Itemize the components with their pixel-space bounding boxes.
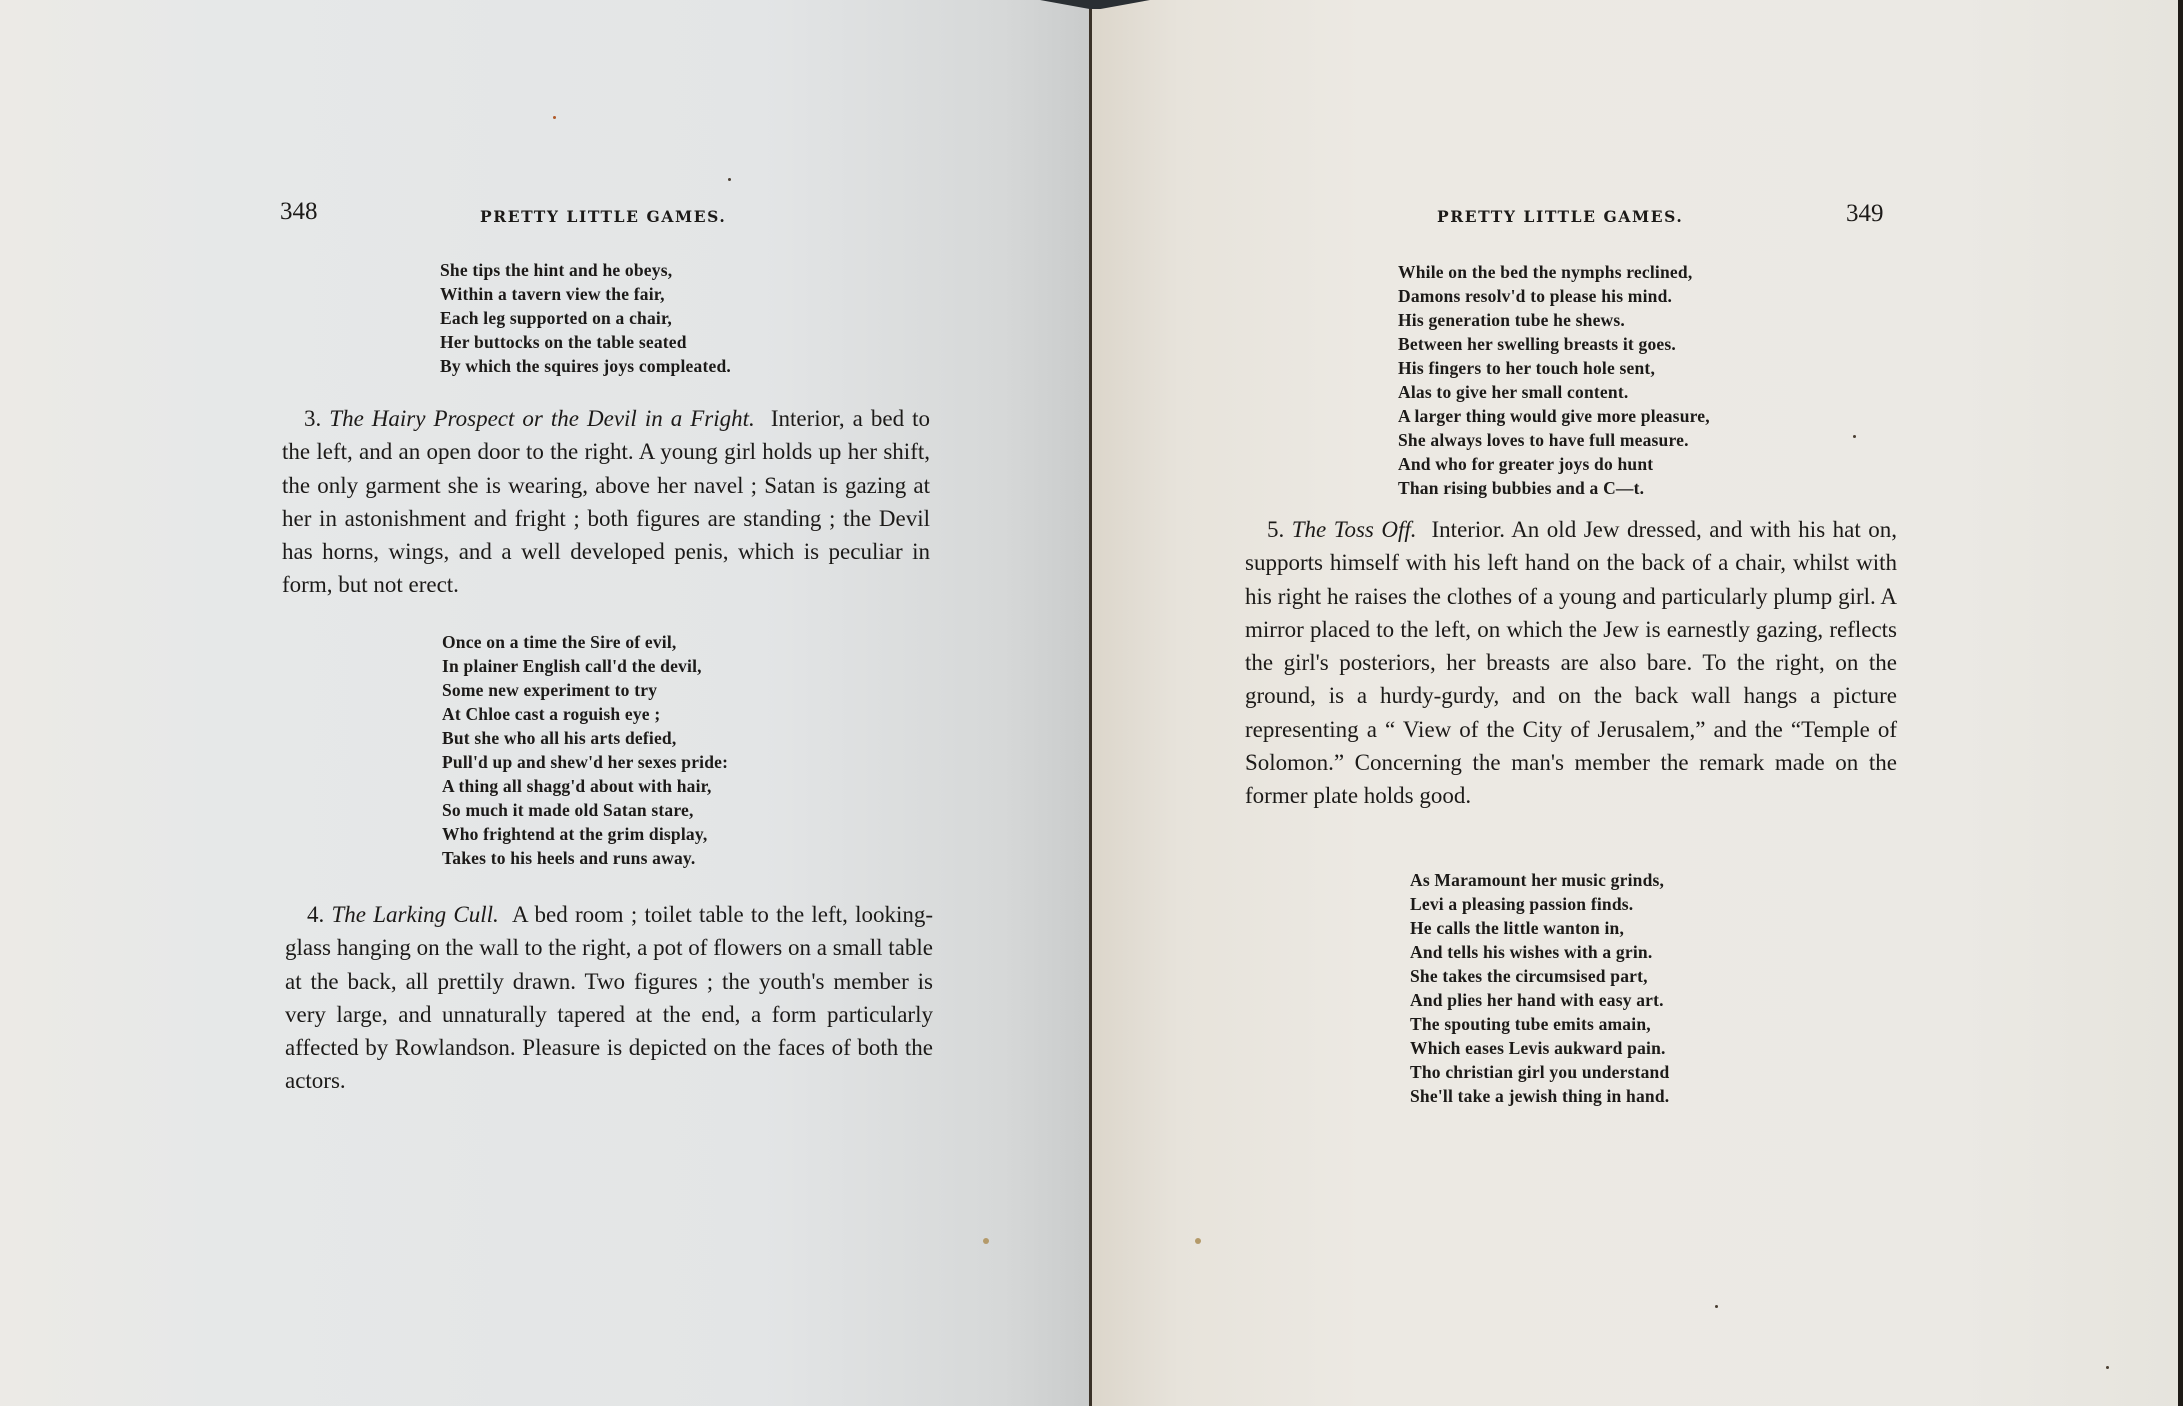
verse-line: Takes to his heels and runs away. (442, 846, 728, 870)
paper-speck (983, 1238, 989, 1244)
verse-line: But she who all his arts defied, (442, 726, 728, 750)
verse-line: Each leg supported on a chair, (440, 306, 731, 330)
verse-block-right-top: While on the bed the nymphs reclined, Da… (1398, 260, 1710, 500)
item-number: 5. (1267, 517, 1284, 542)
page-edge (2178, 0, 2183, 1406)
verse-line: Who frightend at the grim display, (442, 822, 728, 846)
verse-block-right-bottom: As Maramount her music grinds, Levi a pl… (1410, 868, 1669, 1108)
plate-description: A bed room ; toilet table to the left, l… (285, 902, 933, 1093)
verse-line: At Chloe cast a roguish eye ; (442, 702, 728, 726)
running-head-right: PRETTY LITTLE GAMES. (1437, 207, 1683, 226)
verse-line: Some new experiment to try (442, 678, 728, 702)
verse-line: She takes the circumsised part, (1410, 964, 1669, 988)
verse-line: Between her swelling breasts it goes. (1398, 332, 1710, 356)
verse-line: While on the bed the nymphs reclined, (1398, 260, 1710, 284)
verse-line: A thing all shagg'd about with hair, (442, 774, 728, 798)
verse-line: His generation tube he shews. (1398, 308, 1710, 332)
verse-line: She always loves to have full measure. (1398, 428, 1710, 452)
book-gutter (1089, 8, 1092, 1406)
page-number-right: 349 (1846, 200, 1884, 228)
plate-title: The Larking Cull. (332, 902, 499, 927)
paper-speck (1195, 1238, 1201, 1244)
running-head-left: PRETTY LITTLE GAMES. (480, 207, 726, 226)
verse-line: And plies her hand with easy art. (1410, 988, 1669, 1012)
paper-speck (2106, 1366, 2109, 1369)
item-5-paragraph: 5. The Toss Off. Interior. An old Jew dr… (1245, 513, 1897, 813)
verse-line: She tips the hint and he obeys, (440, 258, 731, 282)
verse-line: He calls the little wanton in, (1410, 916, 1669, 940)
plate-title: The Hairy Prospect or the Devil in a Fri… (329, 406, 755, 431)
verse-line: Than rising bubbies and a C—t. (1398, 476, 1710, 500)
plate-title: The Toss Off. (1292, 517, 1417, 542)
item-number: 4. (307, 902, 324, 927)
verse-line: And who for greater joys do hunt (1398, 452, 1710, 476)
verse-line: Within a tavern view the fair, (440, 282, 731, 306)
verse-line: And tells his wishes with a grin. (1410, 940, 1669, 964)
verse-line: So much it made old Satan stare, (442, 798, 728, 822)
verse-line: As Maramount her music grinds, (1410, 868, 1669, 892)
verse-block-left-top: She tips the hint and he obeys, Within a… (440, 258, 731, 378)
verse-line: Her buttocks on the table seated (440, 330, 731, 354)
paper-speck (1715, 1305, 1718, 1308)
paper-speck (1853, 435, 1856, 438)
verse-line: Once on a time the Sire of evil, (442, 630, 728, 654)
verse-line: The spouting tube emits amain, (1410, 1012, 1669, 1036)
page-number-left: 348 (280, 198, 318, 226)
paper-speck (553, 116, 556, 119)
plate-description: Interior, a bed to the left, and an open… (282, 406, 930, 597)
item-3-paragraph: 3. The Hairy Prospect or the Devil in a … (282, 402, 930, 602)
verse-line: A larger thing would give more pleasure, (1398, 404, 1710, 428)
paper-speck (728, 178, 731, 181)
verse-block-left-middle: Once on a time the Sire of evil, In plai… (442, 630, 728, 870)
plate-description: Interior. An old Jew dressed, and with h… (1245, 517, 1897, 808)
verse-line: Which eases Levis aukward pain. (1410, 1036, 1669, 1060)
verse-line: By which the squires joys compleated. (440, 354, 731, 378)
verse-line: Levi a pleasing passion finds. (1410, 892, 1669, 916)
verse-line: In plainer English call'd the devil, (442, 654, 728, 678)
verse-line: Alas to give her small content. (1398, 380, 1710, 404)
verse-line: Damons resolv'd to please his mind. (1398, 284, 1710, 308)
verse-line: Tho christian girl you understand (1410, 1060, 1669, 1084)
verse-line: Pull'd up and shew'd her sexes pride: (442, 750, 728, 774)
item-number: 3. (304, 406, 321, 431)
item-4-paragraph: 4. The Larking Cull. A bed room ; toilet… (285, 898, 933, 1098)
verse-line: She'll take a jewish thing in hand. (1410, 1084, 1669, 1108)
verse-line: His fingers to her touch hole sent, (1398, 356, 1710, 380)
